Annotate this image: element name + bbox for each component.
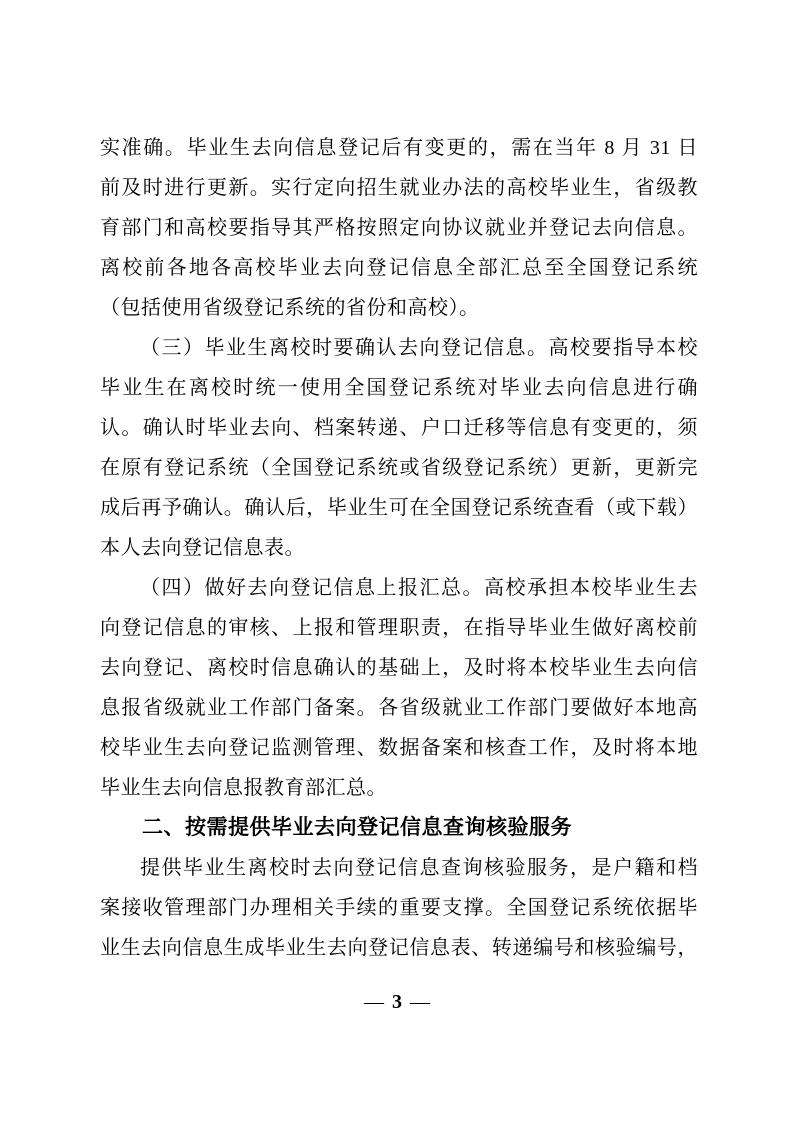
text-line: 认。确认时毕业去向、档案转递、户口迁移等信息有变更的，须 [100, 408, 698, 448]
text-line: 本人去向登记信息表。 [100, 528, 698, 568]
text-line: 前及时进行更新。实行定向招生就业办法的高校毕业生，省级教 [100, 168, 698, 208]
paragraph: 提供毕业生离校时去向登记信息查询核验服务，是户籍和档案接收管理部门办理相关手续的… [100, 848, 698, 968]
text-line: 在原有登记系统（全国登记系统或省级登记系统）更新，更新完 [100, 448, 698, 488]
text-line: 毕业生在离校时统一使用全国登记系统对毕业去向信息进行确 [100, 368, 698, 408]
text-line: （包括使用省级登记系统的省份和高校）。 [100, 288, 698, 328]
text-line: 息报省级就业工作部门备案。各省级就业工作部门要做好本地高 [100, 688, 698, 728]
page-number-dash-right: — [410, 991, 430, 1013]
text-line: 实准确。毕业生去向信息登记后有变更的，需在当年 8 月 31 日 [100, 128, 698, 168]
text-line: 成后再予确认。确认后，毕业生可在全国登记系统查看（或下载） [100, 488, 698, 528]
page-footer: —3— [0, 988, 794, 1016]
text-line: 校毕业生去向登记监测管理、数据备案和核查工作，及时将本地 [100, 728, 698, 768]
paragraph: 实准确。毕业生去向信息登记后有变更的，需在当年 8 月 31 日前及时进行更新。… [100, 128, 698, 328]
text-line: 二、按需提供毕业去向登记信息查询核验服务 [100, 808, 698, 848]
text-line: 去向登记、离校时信息确认的基础上，及时将本校毕业生去向信 [100, 648, 698, 688]
text-line: （三）毕业生离校时要确认去向登记信息。高校要指导本校 [100, 328, 698, 368]
page-number: 3 [392, 991, 402, 1013]
paragraph: （四）做好去向登记信息上报汇总。高校承担本校毕业生去向登记信息的审核、上报和管理… [100, 568, 698, 808]
text-line: 育部门和高校要指导其严格按照定向协议就业并登记去向信息。 [100, 208, 698, 248]
text-line: 案接收管理部门办理相关手续的重要支撑。全国登记系统依据毕 [100, 888, 698, 928]
text-line: 提供毕业生离校时去向登记信息查询核验服务，是户籍和档 [100, 848, 698, 888]
document-page: 实准确。毕业生去向信息登记后有变更的，需在当年 8 月 31 日前及时进行更新。… [0, 0, 794, 1123]
text-line: （四）做好去向登记信息上报汇总。高校承担本校毕业生去 [100, 568, 698, 608]
section-heading: 二、按需提供毕业去向登记信息查询核验服务 [100, 808, 698, 848]
text-line: 业生去向信息生成毕业生去向登记信息表、转递编号和核验编号， [100, 928, 698, 968]
text-line: 离校前各地各高校毕业去向登记信息全部汇总至全国登记系统 [100, 248, 698, 288]
text-line: 向登记信息的审核、上报和管理职责，在指导毕业生做好离校前 [100, 608, 698, 648]
page-number-dash-left: — [364, 991, 384, 1013]
document-body: 实准确。毕业生去向信息登记后有变更的，需在当年 8 月 31 日前及时进行更新。… [100, 128, 698, 968]
text-line: 毕业生去向信息报教育部汇总。 [100, 768, 698, 808]
paragraph: （三）毕业生离校时要确认去向登记信息。高校要指导本校毕业生在离校时统一使用全国登… [100, 328, 698, 568]
